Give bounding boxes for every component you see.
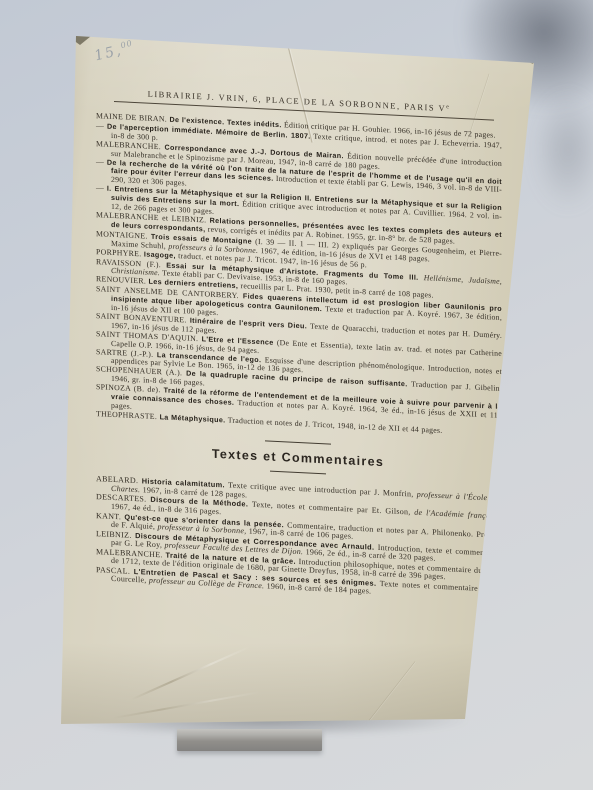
entry-segment-caps: THEOPHRASTE.	[96, 409, 160, 421]
book-back-cover: 15,00 LIBRAIRIE J. VRIN, 6, PLACE DE LA …	[56, 32, 540, 726]
entry-segment-normal: —	[96, 183, 107, 193]
book-display-stand	[177, 729, 322, 751]
entry-segment-normal: —	[96, 157, 107, 167]
section-divider-top	[265, 440, 331, 445]
cover-content: 15,00 LIBRAIRIE J. VRIN, 6, PLACE DE LA …	[94, 32, 502, 746]
entry-segment-bold: Isagoge,	[144, 250, 176, 260]
publisher-superscript: e	[446, 104, 450, 110]
price-superscript: 00	[120, 39, 134, 51]
price-main: 15,	[93, 42, 125, 64]
handwritten-price: 15,00	[92, 39, 136, 65]
section-heading: Textes et Commentaires	[94, 441, 502, 475]
corner-wear-top-left	[69, 32, 96, 45]
catalog-textes-list: ABELARD. Historia calamitatum. Texte cri…	[96, 475, 502, 602]
catalog-main-list: MAINE DE BIRAN. De l'existence. Textes i…	[96, 112, 502, 439]
photo-background: 15,00 LIBRAIRIE J. VRIN, 6, PLACE DE LA …	[0, 0, 593, 790]
entry-segment-caps: SPINOZA (B. de).	[96, 382, 164, 394]
entry-segment-normal: Texte critique avec une introduction par…	[225, 481, 417, 499]
publisher-line: LIBRAIRIE J. VRIN, 6, PLACE DE LA SORBON…	[106, 87, 492, 116]
section-divider-bottom	[270, 471, 326, 475]
entry-segment-normal: —	[96, 121, 107, 131]
entry-segment-italic: de l'Académie française.	[414, 508, 502, 521]
background-shadow-smudge-2	[533, 90, 593, 210]
